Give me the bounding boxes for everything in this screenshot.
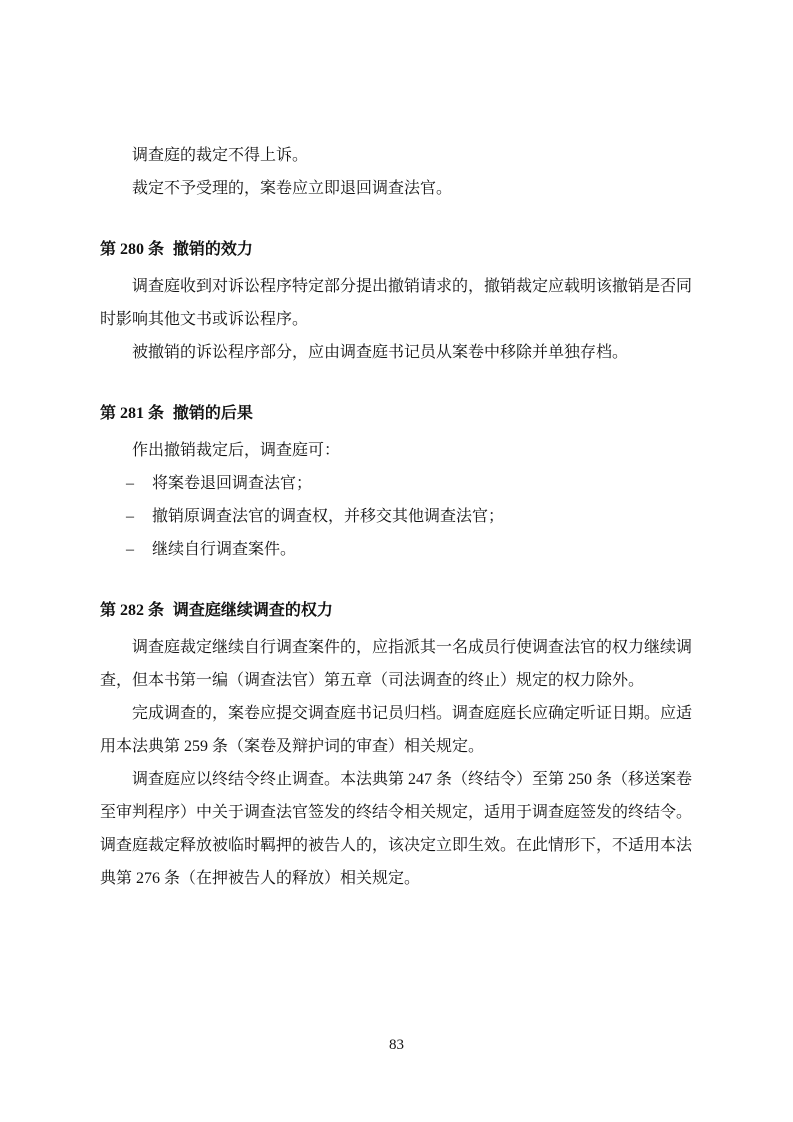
article-number: 第 280 条 — [100, 241, 164, 258]
dash-marker: – — [126, 533, 152, 566]
paragraph: 完成调查的，案卷应提交调查庭书记员归档。调查庭庭长应确定听证日期。应适用本法典第… — [100, 697, 692, 763]
article-title: 撤销的后果 — [173, 405, 253, 422]
paragraph: 调查庭的裁定不得上诉。 — [100, 139, 692, 172]
document-page: 调查庭的裁定不得上诉。裁定不予受理的，案卷应立即退回调查法官。 第 280 条撤… — [0, 0, 793, 1122]
intro-section: 调查庭的裁定不得上诉。裁定不予受理的，案卷应立即退回调查法官。 — [100, 139, 692, 205]
article-heading: 第 282 条调查庭继续调查的权力 — [100, 594, 692, 627]
list-item-text: 继续自行调查案件。 — [152, 533, 296, 566]
list-item: –继续自行调查案件。 — [100, 533, 692, 566]
dash-marker: – — [126, 467, 152, 500]
paragraph: 裁定不予受理的，案卷应立即退回调查法官。 — [100, 172, 692, 205]
article-number: 第 281 条 — [100, 405, 164, 422]
paragraph: 调查庭裁定继续自行调查案件的，应指派其一名成员行使调查法官的权力继续调查，但本书… — [100, 631, 692, 697]
dash-marker: – — [126, 500, 152, 533]
articles-section: 第 280 条撤销的效力调查庭收到对诉讼程序特定部分提出撤销请求的，撤销裁定应载… — [100, 233, 692, 895]
paragraph: 调查庭应以终结令终止调查。本法典第 247 条（终结令）至第 250 条（移送案… — [100, 763, 692, 895]
article-title: 撤销的效力 — [173, 241, 253, 258]
article: 第 281 条撤销的后果作出撤销裁定后，调查庭可：–将案卷退回调查法官；–撤销原… — [100, 397, 692, 566]
article-heading: 第 281 条撤销的后果 — [100, 397, 692, 430]
page-number: 83 — [0, 1035, 793, 1055]
article: 第 282 条调查庭继续调查的权力调查庭裁定继续自行调查案件的，应指派其一名成员… — [100, 594, 692, 895]
paragraph: 调查庭收到对诉讼程序特定部分提出撤销请求的，撤销裁定应载明该撤销是否同时影响其他… — [100, 270, 692, 336]
paragraph: 被撤销的诉讼程序部分，应由调查庭书记员从案卷中移除并单独存档。 — [100, 336, 692, 369]
list-item-text: 将案卷退回调查法官； — [152, 467, 312, 500]
list-item: –撤销原调查法官的调查权，并移交其他调查法官； — [100, 500, 692, 533]
list-item-text: 撤销原调查法官的调查权，并移交其他调查法官； — [152, 500, 504, 533]
paragraph: 作出撤销裁定后，调查庭可： — [100, 434, 692, 467]
list-item: –将案卷退回调查法官； — [100, 467, 692, 500]
page-content: 调查庭的裁定不得上诉。裁定不予受理的，案卷应立即退回调查法官。 第 280 条撤… — [100, 139, 692, 895]
article: 第 280 条撤销的效力调查庭收到对诉讼程序特定部分提出撤销请求的，撤销裁定应载… — [100, 233, 692, 369]
article-heading: 第 280 条撤销的效力 — [100, 233, 692, 266]
article-title: 调查庭继续调查的权力 — [173, 602, 333, 619]
article-number: 第 282 条 — [100, 602, 164, 619]
